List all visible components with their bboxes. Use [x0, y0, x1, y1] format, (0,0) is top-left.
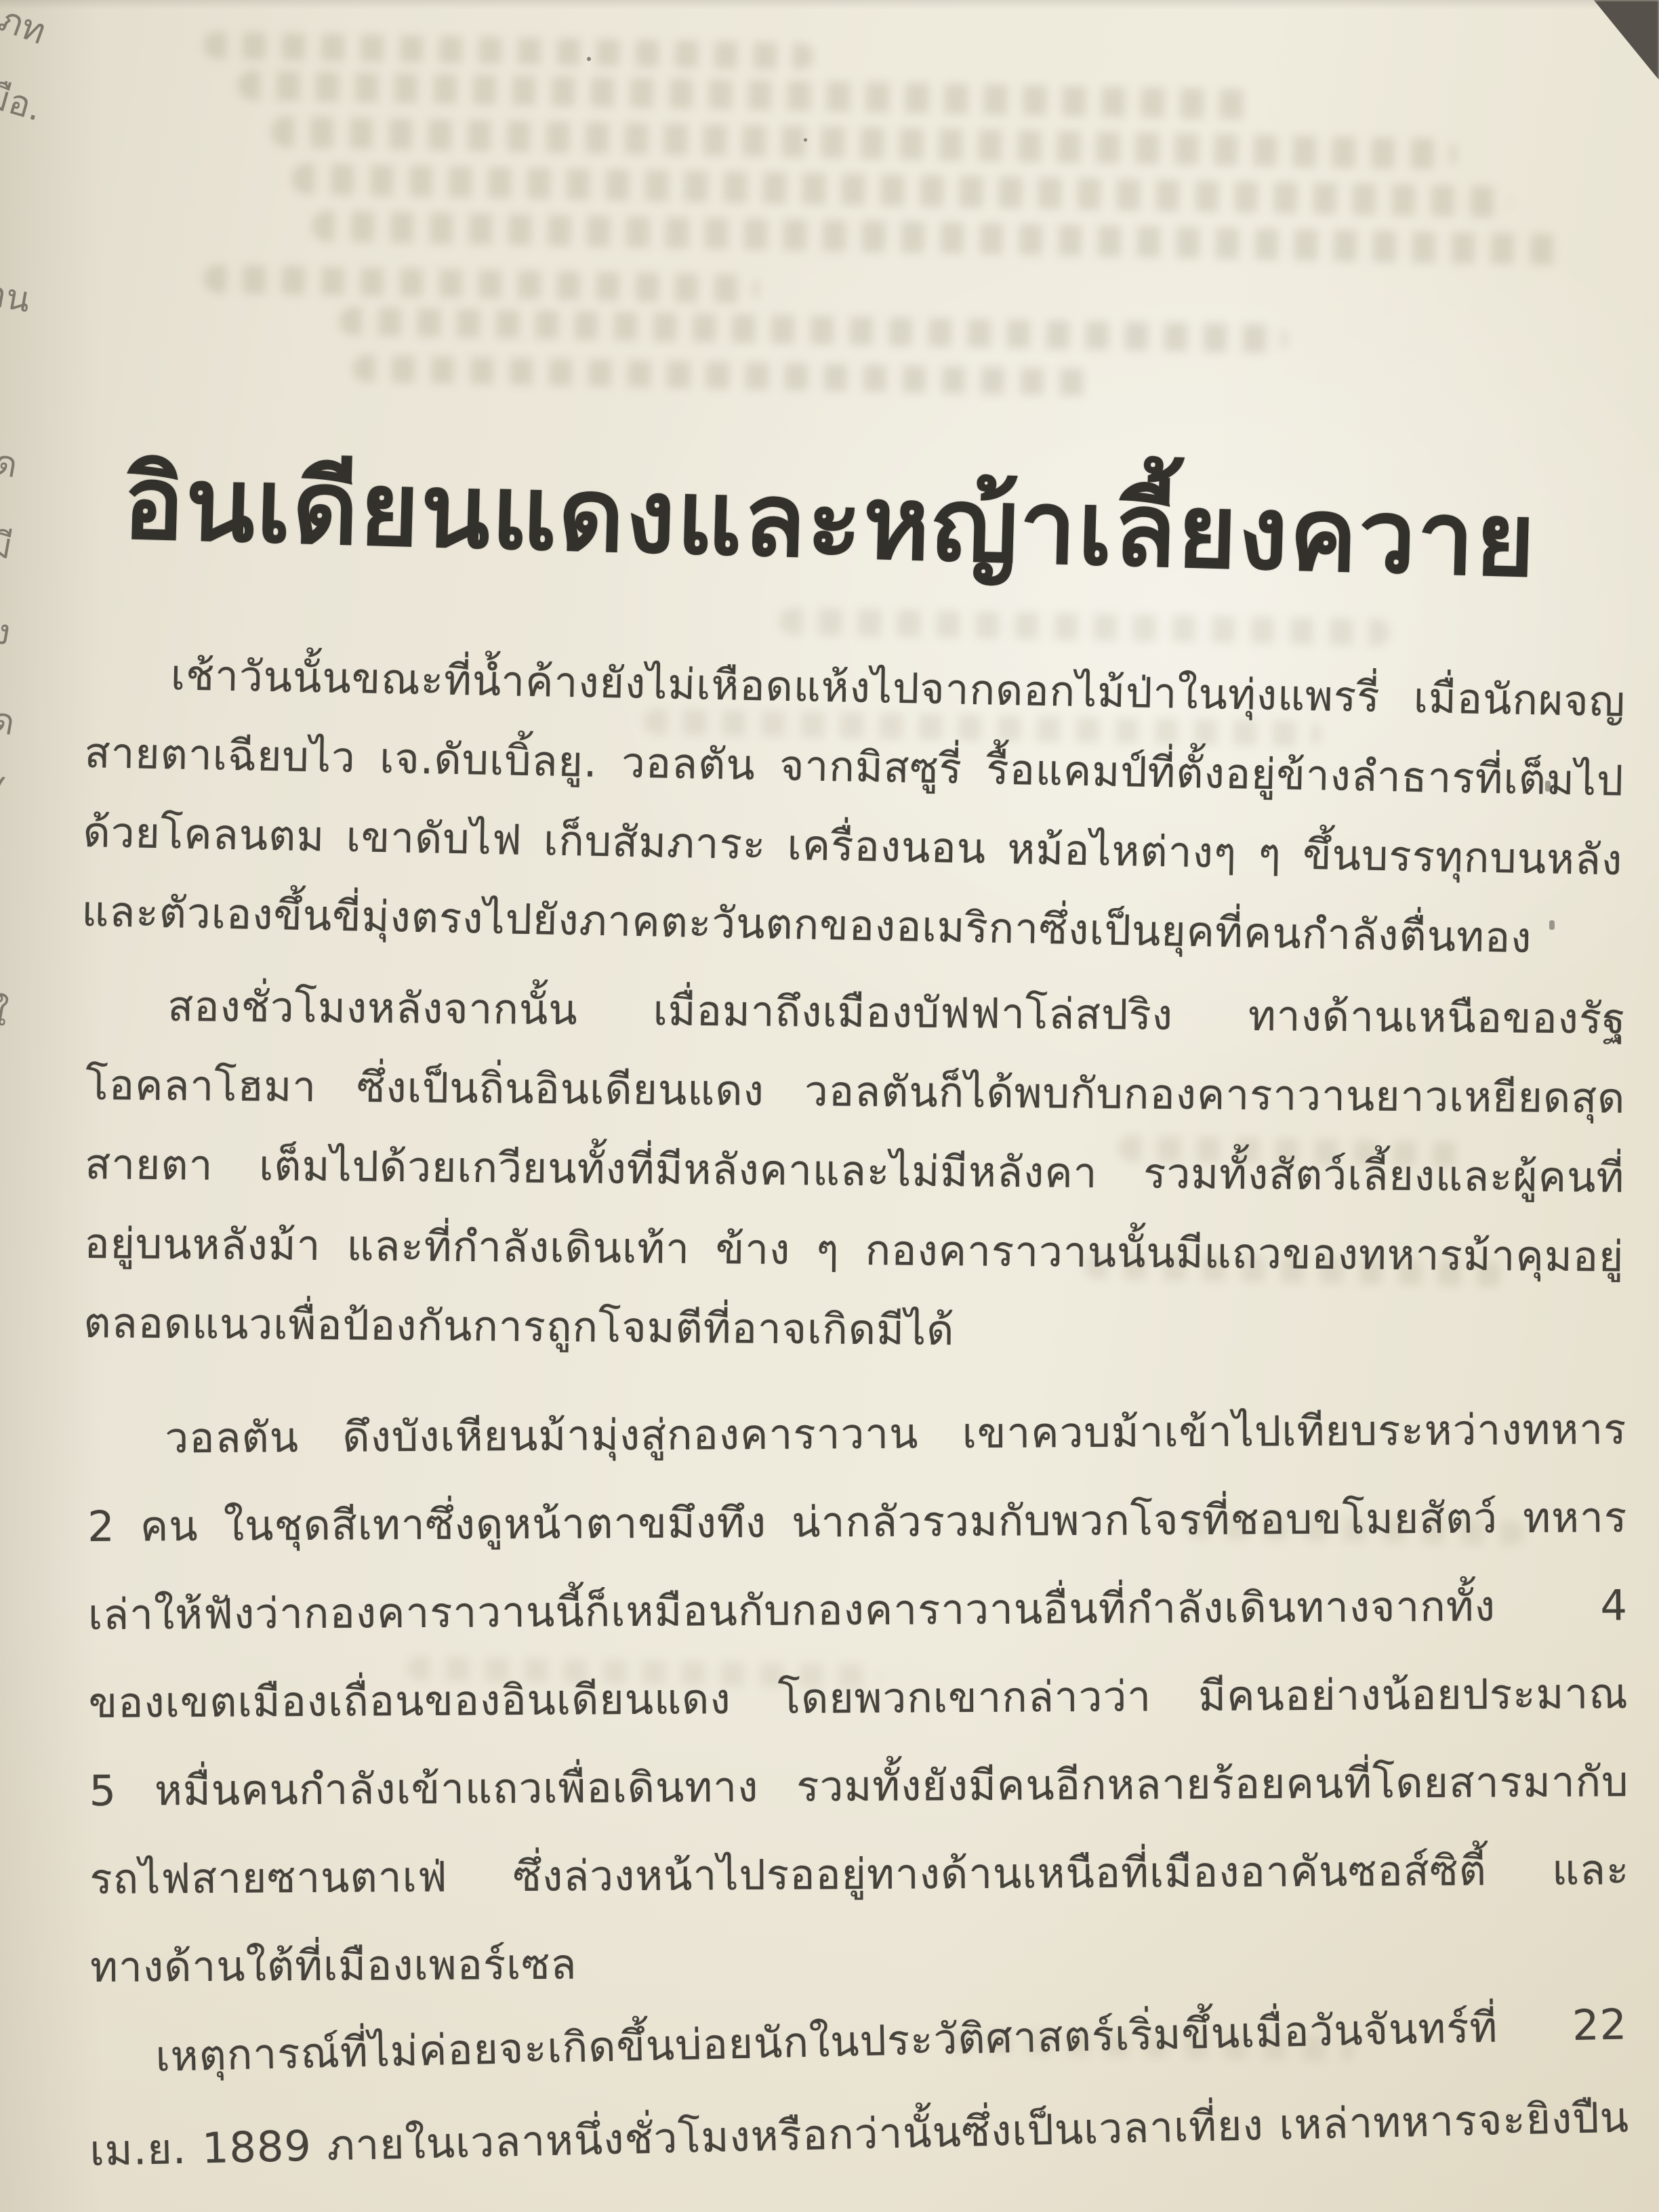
edge-text-fragment: ง	[0, 602, 15, 660]
edge-text-fragment: มือ.	[0, 66, 49, 136]
chapter-title: อินเดียนแดงและหญ้าเลี้ยงควาย	[121, 422, 1569, 622]
text-line: ของเขตเมืองเถื่อนของอินเดียนแดง โดยพวกเข…	[88, 1650, 1629, 1747]
book-page-photo: อินเดียนแดงและหญ้าเลี้ยงควาย เช้าวันนั้น…	[0, 0, 1659, 2212]
ink-smudge	[1549, 920, 1555, 930]
edge-text-fragment: (	[0, 771, 9, 813]
dust-speck	[587, 57, 591, 61]
showthrough-row	[237, 70, 1254, 120]
edge-text-fragment: ด	[0, 434, 22, 493]
paragraph: วอลตัน ดึงบังเหียนม้ามุ่งสู่กองคาราวาน เ…	[87, 1385, 1631, 2011]
text-line: 5 หมื่นคนกำลังเข้าแถวเพื่อเดินทาง รวมทั้…	[89, 1738, 1629, 1835]
text-line: สองชั่วโมงหลังจากนั้น เมื่อมาถึงเมืองบัฟ…	[86, 966, 1626, 1059]
showthrough-row	[312, 210, 1566, 266]
paragraph: เหตุการณ์ที่ไม่ค่อยจะเกิดขึ้นบ่อยนักในปร…	[87, 1978, 1630, 2196]
edge-text-fragment: เภท	[0, 0, 54, 59]
ink-smudge	[1545, 781, 1551, 792]
showthrough-row	[271, 116, 1458, 170]
showthrough-row	[203, 264, 760, 304]
text-line: โอคลาโฮมา ซึ่งเป็นถิ่นอินเดียนแดง วอลตัน…	[85, 1045, 1626, 1138]
text-line: อยู่บนหลังม้า และที่กำลังเดินเท้า ข้าง ๆ…	[84, 1204, 1624, 1296]
showthrough-row	[203, 31, 814, 70]
edge-text-fragment: มี	[0, 515, 17, 575]
text-line: 2 คน ในชุดสีเทาซึ่งดูหน้าตาขมึงทึง น่ากล…	[87, 1473, 1628, 1571]
text-line: เล่าให้ฟังว่ากองคาราวานนี้ก็เหมือนกับกอง…	[88, 1561, 1629, 1659]
edge-text-fragment: ด	[0, 691, 20, 751]
edge-text-fragment: ใ	[0, 983, 12, 1041]
text-line: ตลอดแนวเพื่อป้องกันการถูกโจมตีที่อาจเกิด…	[83, 1283, 1624, 1376]
text-line: รถไฟสายซานตาเฟ่ ซึ่งล่วงหน้าไปรออยู่ทางด…	[89, 1826, 1630, 1923]
text-line: สายตา เต็มไปด้วยเกวียนทั้งที่มีหลังคาและ…	[85, 1124, 1625, 1217]
text-line: วอลตัน ดึงบังเหียนม้ามุ่งสู่กองคาราวาน เ…	[87, 1385, 1627, 1483]
showthrough-row	[339, 307, 1288, 354]
background-corner-wedge	[1583, 0, 1659, 80]
showthrough-row	[352, 354, 1099, 396]
paragraph: สองชั่วโมงหลังจากนั้น เมื่อมาถึงเมืองบัฟ…	[83, 966, 1626, 1376]
paragraph: เช้าวันนั้นขณะที่น้ำค้างยังไม่เหือดแห้งไ…	[81, 634, 1626, 979]
edge-text-fragment: อน	[0, 264, 35, 327]
showthrough-row	[291, 163, 1512, 218]
dust-speck	[804, 138, 807, 142]
